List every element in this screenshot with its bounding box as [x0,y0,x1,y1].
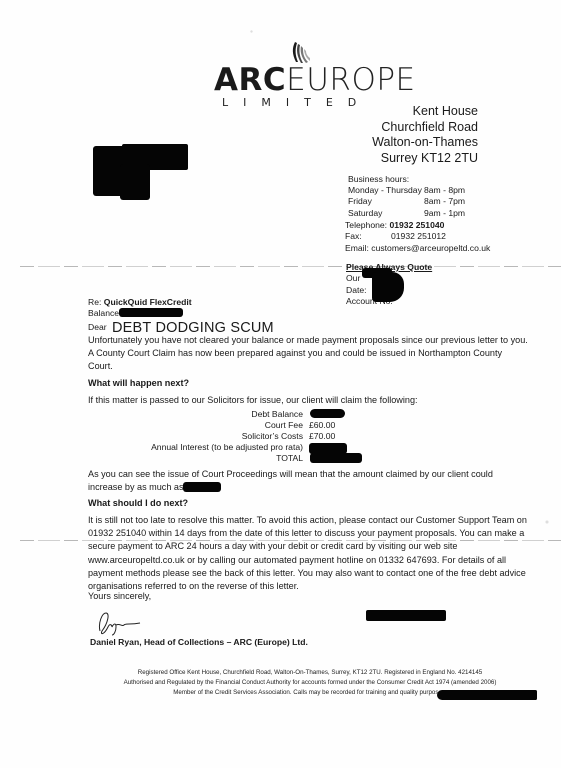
heading-what-should-i-do: What should I do next? [88,498,188,508]
redacted-reference-values [372,272,404,302]
hours-time: 8am - 8pm [424,185,465,196]
telephone-label: Telephone: [345,220,387,230]
fax-number: 01932 251012 [391,231,446,241]
claim-label: Debt Balance [150,409,309,420]
business-hours-title: Business hours: [348,174,465,185]
logo-subtitle: LIMITED [222,96,371,109]
company-logo: ARCEUROPE [214,64,416,96]
footer-line: Authorised and Regulated by the Financia… [80,678,540,688]
redacted-footer-code [437,690,537,700]
email-row: Email: customers@arceuropeltd.co.uk [345,243,490,254]
fax-label: Fax: [345,231,391,242]
email-label: Email: [345,243,369,253]
claim-label: TOTAL [150,453,309,464]
redacted-signature-note [366,610,446,621]
hours-time: 9am - 1pm [424,208,465,219]
redacted-recipient-address [120,164,150,200]
address-line: Kent House [372,104,478,120]
claim-value: £60.00 [309,420,369,431]
scan-speck [250,30,253,33]
redacted-increase-amount [183,482,221,492]
re-line: Re: QuickQuid FlexCredit [88,297,192,308]
increase-paragraph: As you can see the issue of Court Procee… [88,468,508,494]
hours-day: Saturday [348,208,424,219]
redacted-balance [119,308,183,317]
telephone-row: Telephone: 01932 251040 [345,220,490,231]
hours-day: Monday - Thursday [348,185,424,196]
hours-row: Saturday9am - 1pm [348,208,465,219]
hours-time: 8am - 7pm [424,196,465,207]
salutation-dear: Dear [88,322,107,332]
intro-paragraph: Unfortunately you have not cleared your … [88,334,528,374]
claim-row: Solicitor’s Costs£70.00 [150,431,369,442]
letter-page: ARCEUROPE LIMITED Kent House Churchfield… [0,0,561,768]
solicitors-paragraph: If this matter is passed to our Solicito… [88,394,528,407]
telephone-number[interactable]: 01932 251040 [389,220,444,230]
logo-brand-bold: ARC [214,62,286,98]
closing: Yours sincerely, [88,590,528,603]
business-hours: Business hours: Monday - Thursday8am - 8… [348,174,465,219]
redacted-total [310,453,362,463]
address-line: Walton-on-Thames [372,135,478,151]
email-address[interactable]: customers@arceuropeltd.co.uk [371,243,490,253]
fold-line [20,266,561,267]
fax-row: Fax:01932 251012 [345,231,490,242]
claim-label: Solicitor’s Costs [150,431,309,442]
address-line: Churchfield Road [372,120,478,136]
hours-row: Monday - Thursday8am - 8pm [348,185,465,196]
hours-row: Friday8am - 7pm [348,196,465,207]
footer-line: Registered Office Kent House, Churchfiel… [80,668,540,678]
re-label: Re: [88,297,101,307]
claim-label: Annual Interest (to be adjusted pro rata… [150,442,309,453]
address-line: Surrey KT12 2TU [372,151,478,167]
claim-label: Court Fee [150,420,309,431]
signatory-name: Daniel Ryan, Head of Collections – ARC (… [90,637,308,647]
scan-speck [545,520,549,524]
heading-what-next: What will happen next? [88,378,189,388]
hours-day: Friday [348,196,424,207]
contact-details: Telephone: 01932 251040 Fax:01932 251012… [345,220,490,254]
sender-address: Kent House Churchfield Road Walton-on-Th… [372,104,478,166]
redacted-debt-balance [310,409,345,418]
logo-brand-light: EUROPE [286,62,416,98]
action-paragraph: It is still not too late to resolve this… [88,514,540,593]
signature-image [94,609,144,637]
claim-row: Court Fee£60.00 [150,420,369,431]
claim-value: £70.00 [309,431,369,442]
re-value: QuickQuid FlexCredit [104,297,192,307]
